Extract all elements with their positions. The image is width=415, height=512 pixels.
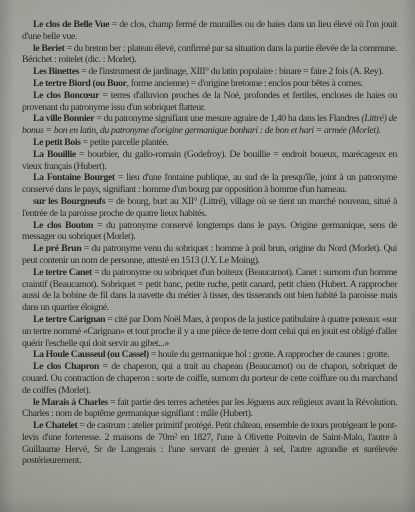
entry: Le tertre Carignan = cité par Dom Noël M… — [22, 314, 397, 349]
entry-term: Le tertre Carignan — [33, 314, 105, 325]
entry-term: Le Chatelet — [33, 420, 77, 431]
entry-term: Le tertre Biord (ou Buor — [33, 78, 127, 89]
entry: le Marais à Charles = fait partie des te… — [22, 397, 397, 421]
entry-term: Les Binettes — [33, 66, 79, 77]
entry-term: Le clos Chapron — [33, 361, 99, 372]
entry: La ville Bonnier = du patronyme signifia… — [22, 113, 397, 137]
entry: La Fontaine Bourget = lieu d'une fontain… — [22, 172, 397, 196]
entry: Le clos Bouton = du patronyme conservé l… — [22, 220, 397, 244]
entry-term: Le petit Bois — [33, 137, 81, 148]
entry: Le tertre Biord (ou Buor, forme ancienne… — [22, 78, 397, 90]
entry: sur les Bourgneufs = de bourg, burt au X… — [22, 196, 397, 220]
entry: Le clos Chapron = de chaperon, qui a tra… — [22, 361, 397, 396]
entry-text: = houle du germanique hol : grotte. A ra… — [149, 349, 389, 360]
entry-term: sur les Bourgneufs — [33, 196, 105, 207]
entry: le Beriet = du breton ber : plateau élev… — [22, 43, 397, 67]
entry-text: = de l'instrument de jardinage, XIII° du… — [79, 66, 383, 77]
entry: Les Binettes = de l'instrument de jardin… — [22, 66, 397, 78]
entry-text: = de castrum : atelier primitif protégé.… — [22, 420, 397, 466]
entry-term: Le tertre Canet — [33, 267, 92, 278]
entry-text: , forme ancienne) = d'origine bretonne :… — [127, 78, 363, 89]
entry-term: Le clos Bouton — [33, 220, 93, 231]
entry-term: La Fontaine Bourget — [33, 172, 115, 183]
entry-term: le Marais à Charles — [33, 397, 108, 408]
entry-term: Le pré Brun — [33, 243, 81, 254]
entry-term: Le clos de Belle Vue — [33, 19, 109, 30]
entry: Le tertre Canet = du patronyme ou sobriq… — [22, 267, 397, 314]
entry-term: le Beriet — [33, 43, 65, 54]
entry-term: La Houle Causseul (ou Cassel) — [33, 349, 149, 360]
entry-term: La ville Bonnier — [33, 113, 94, 124]
entry-text: = du patronyme signifiant une mesure agr… — [94, 113, 361, 124]
entry: Le petit Bois = petite parcelle plantée. — [22, 137, 397, 149]
entry: Le clos Boncœur = terres d'alluvion proc… — [22, 90, 397, 114]
entry-text: = du breton ber : plateau élevé, confirm… — [22, 43, 397, 66]
entry-term: La Bouillie — [33, 149, 76, 160]
entry-term: Le clos Boncœur — [33, 90, 99, 101]
entry-text: = bourbier, du gallo-romain (Godefroy). … — [22, 149, 397, 172]
entry: Le clos de Belle Vue = de clos, champ fe… — [22, 19, 397, 43]
entry: Le Chatelet = de castrum : atelier primi… — [22, 420, 397, 467]
entries-list: Le clos de Belle Vue = de clos, champ fe… — [22, 19, 397, 467]
entry: La Houle Causseul (ou Cassel) = houle du… — [22, 349, 397, 361]
entry: Le pré Brun = du patronyme venu du sobri… — [22, 243, 397, 267]
entry-text: = petite parcelle plantée. — [81, 137, 169, 148]
entry: La Bouillie = bourbier, du gallo-romain … — [22, 149, 397, 173]
scanned-page: Le clos de Belle Vue = de clos, champ fe… — [0, 0, 415, 512]
